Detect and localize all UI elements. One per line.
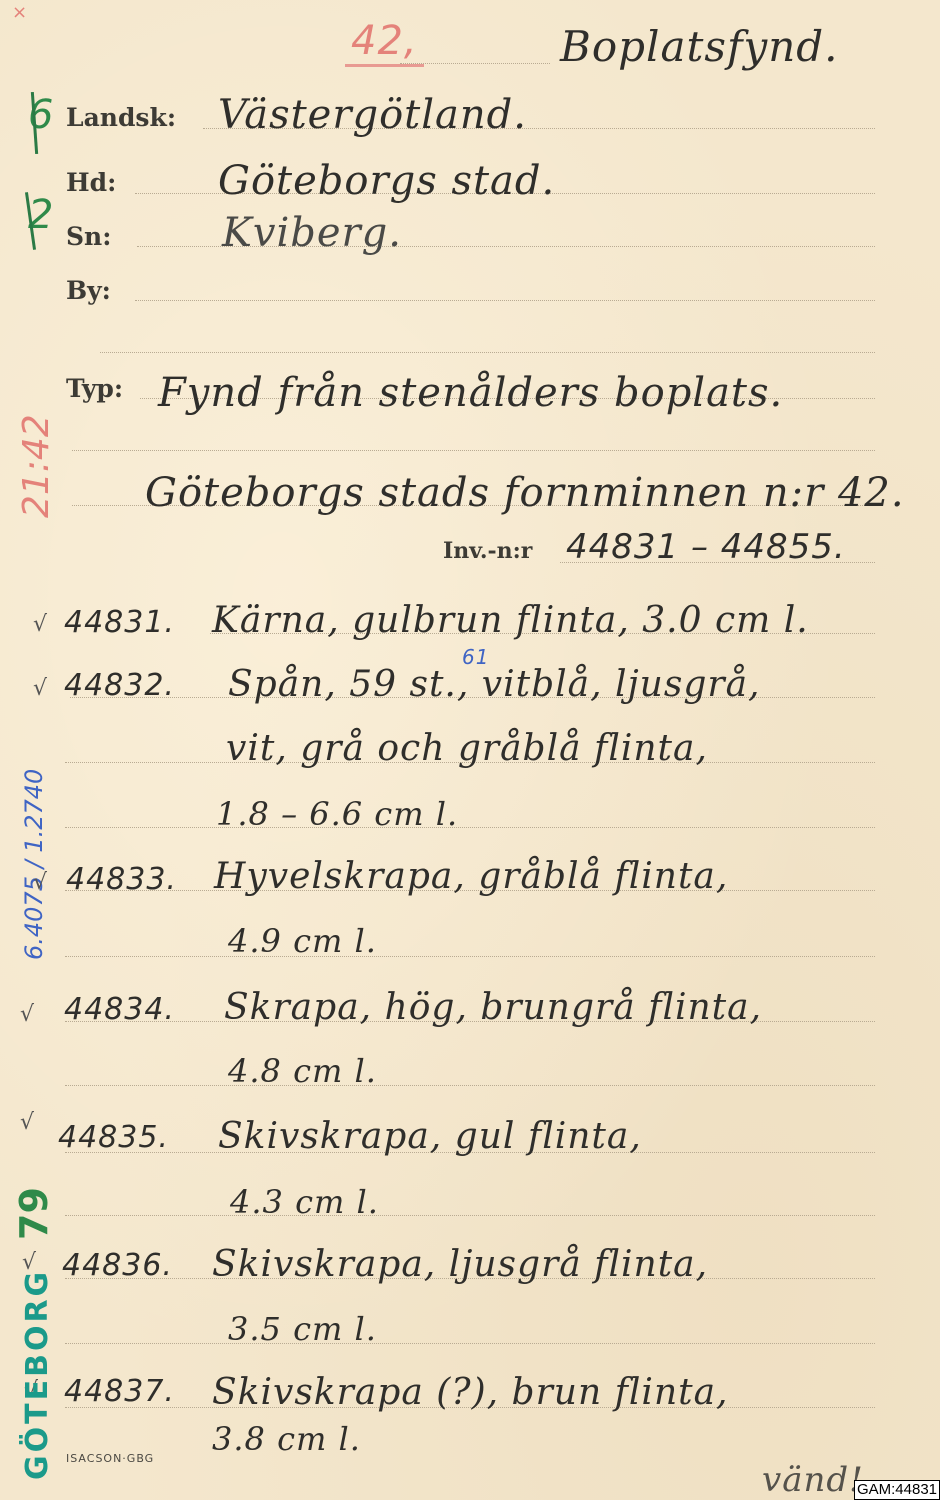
dotted-line — [135, 300, 875, 301]
field-label-typ: Typ: — [66, 374, 123, 403]
entry-text: Skivskrapa (?), brun flinta, — [212, 1372, 729, 1413]
entry-text: Skrapa, hög, brungrå flinta, — [224, 987, 762, 1028]
index-card: × 42, Boplatsfynd. 6 2 Landsk: Västergöt… — [0, 0, 940, 1500]
entry-number: 44831. — [64, 605, 175, 640]
entry-text: 3.5 cm l. — [228, 1310, 377, 1348]
dotted-line — [65, 1215, 875, 1216]
check-mark: √ — [33, 612, 47, 637]
printer-mark: ISACSON·GBG — [66, 1452, 154, 1465]
entry-text: Kärna, gulbrun flinta, 3.0 cm l. — [212, 600, 809, 641]
goteborg-stamp: GÖTEBORG — [20, 1269, 55, 1480]
margin-note-red: 21:42 — [16, 414, 57, 518]
entry-text: 3.8 cm l. — [212, 1420, 361, 1458]
entry-number: 44837. — [64, 1374, 175, 1409]
entry-number: 44835. — [58, 1120, 169, 1155]
type-line-2: Göteborgs stads fornminnen n:r 42. — [145, 470, 905, 516]
corner-x-mark: × — [12, 2, 27, 23]
inventory-range: 44831 – 44855. — [566, 527, 846, 567]
dotted-line — [100, 352, 875, 353]
dotted-line — [65, 827, 875, 828]
entry-text: 1.8 – 6.6 cm l. — [216, 795, 458, 833]
dotted-line — [400, 63, 550, 64]
dotted-line — [65, 1343, 875, 1344]
check-mark: √ — [33, 676, 47, 701]
entry-text: Skivskrapa, ljusgrå flinta, — [212, 1244, 708, 1285]
margin-note-blue: 6.4075 / 1.2740 — [20, 769, 48, 960]
check-mark: √ — [20, 1002, 34, 1027]
entry-text: 4.3 cm l. — [230, 1183, 379, 1221]
correction-note: 61 — [462, 645, 489, 669]
catalog-id-tag: GAM:44831 — [854, 1480, 940, 1500]
entry-text: 4.9 cm l. — [228, 922, 377, 960]
field-label-hd: Hd: — [66, 168, 116, 197]
check-mark: √ — [20, 1110, 34, 1135]
inventory-label: Inv.-n:r — [443, 538, 532, 564]
entry-text: 4.8 cm l. — [228, 1052, 377, 1090]
field-value-landsk: Västergötland. — [218, 92, 527, 138]
field-value-sn: Kviberg. — [222, 210, 402, 256]
entry-number: 44833. — [66, 862, 177, 897]
field-label-by: By: — [66, 276, 111, 305]
dotted-line — [65, 1085, 875, 1086]
type-line-1: Fynd från stenålders boplats. — [158, 370, 783, 416]
field-label-landsk: Landsk: — [66, 103, 176, 132]
dotted-line — [65, 956, 875, 957]
stamp-number: 79 — [12, 1187, 56, 1240]
field-label-sn: Sn: — [66, 222, 111, 251]
category-heading: Boplatsfynd. — [560, 22, 839, 71]
entry-text: Hyvelskrapa, gråblå flinta, — [214, 856, 728, 897]
entry-text: Spån, 59 st., vitblå, ljusgrå, — [228, 664, 761, 705]
continuation-note: vänd! — [762, 1460, 864, 1500]
serial-number: 42, — [345, 18, 424, 67]
field-value-hd: Göteborgs stad. — [218, 158, 555, 204]
entry-text: Skivskrapa, gul flinta, — [218, 1116, 642, 1157]
dotted-line — [72, 450, 875, 451]
entry-text: vit, grå och gråblå flinta, — [226, 728, 708, 769]
check-mark: √ — [33, 870, 47, 895]
